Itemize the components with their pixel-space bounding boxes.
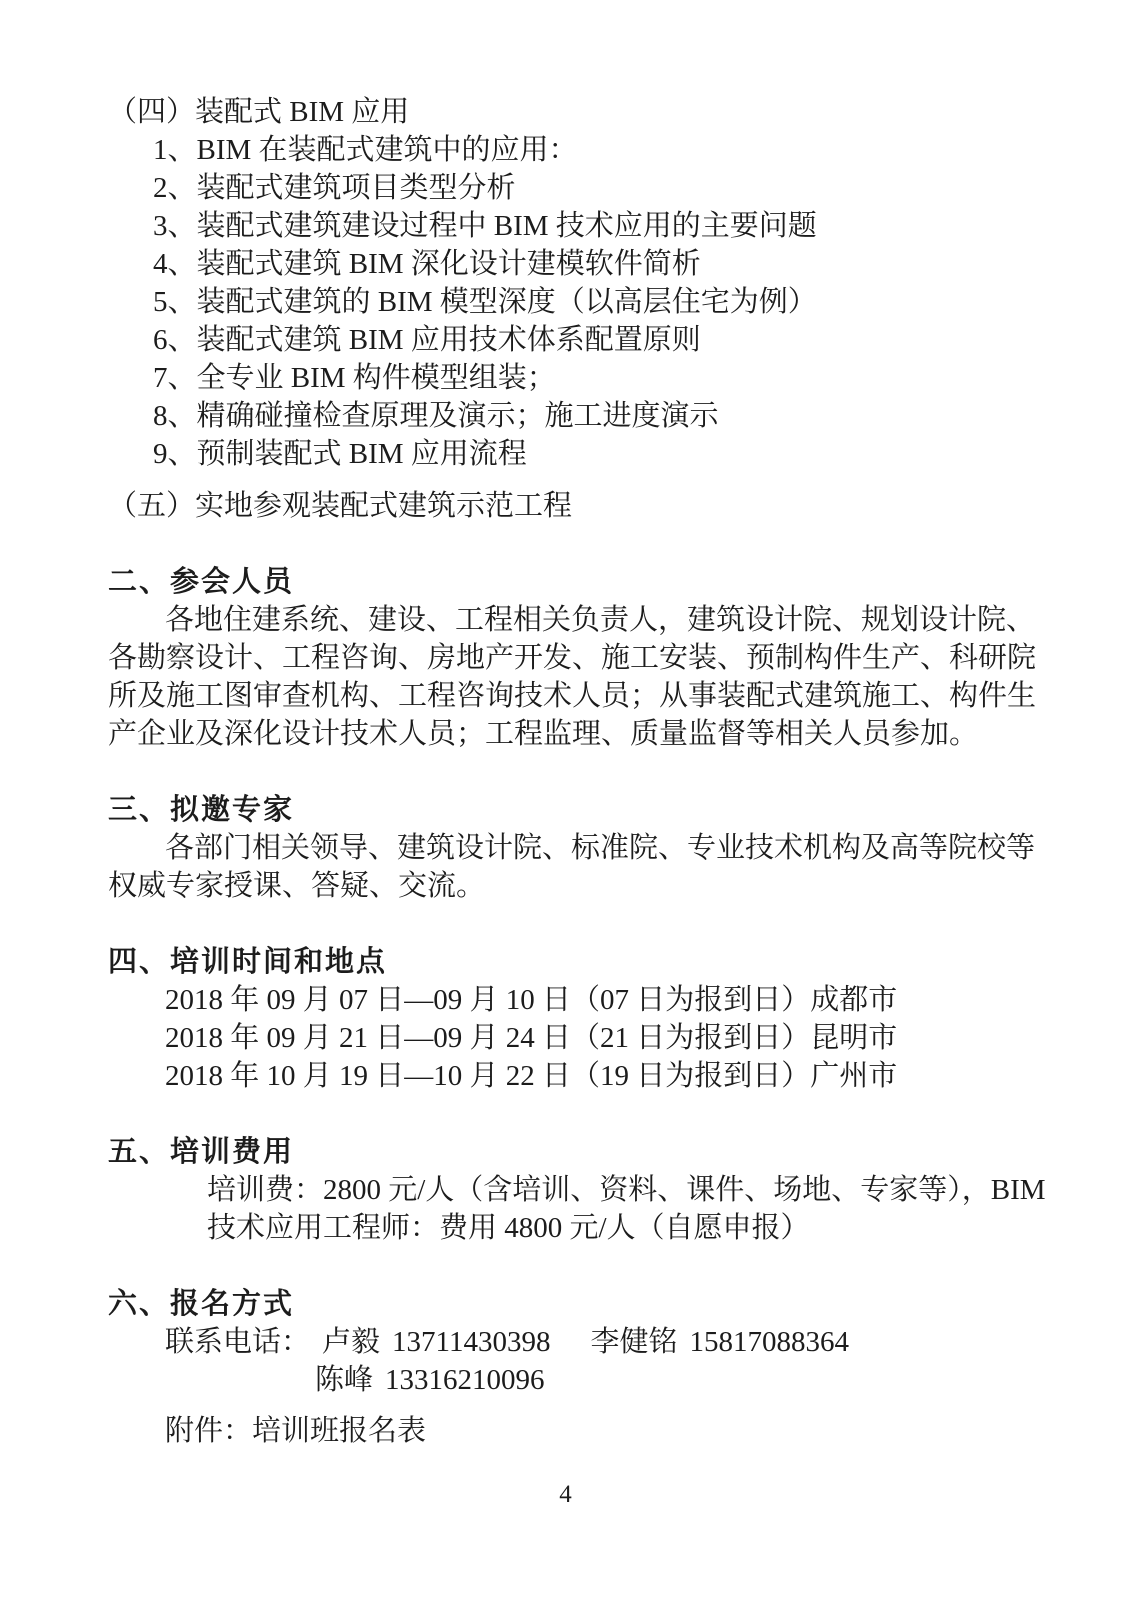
paragraph-line: 各部门相关领导、建筑设计院、标准院、专业技术机构及高等院校等 <box>108 829 1026 867</box>
contact-phone: 13316210096 <box>385 1364 545 1396</box>
paragraph-line: 所及施工图审查机构、工程咨询技术人员；从事装配式建筑施工、构件生 <box>108 677 1026 715</box>
list-item: 9、预制装配式 BIM 应用流程 <box>153 435 1026 473</box>
contact-name: 卢毅 <box>322 1326 380 1358</box>
fee-line: 培训费：2800 元/人（含培训、资料、课件、场地、专家等），BIM <box>207 1171 1026 1209</box>
schedule-date: 2018 年 09 月 07 日—09 月 10 日（07 日为报到日）成都市 <box>165 981 1026 1019</box>
paragraph-line: 权威专家授课、答疑、交流。 <box>108 867 1026 905</box>
list-item: 1、BIM 在装配式建筑中的应用： <box>153 131 1026 169</box>
contact-phone: 13711430398 <box>392 1326 550 1358</box>
section-registration-heading: 六、报名方式 <box>108 1285 1026 1323</box>
contact-row: 陈峰13316210096 <box>108 1361 1026 1399</box>
section-attendees-heading: 二、参会人员 <box>108 563 1026 601</box>
list-item: 2、装配式建筑项目类型分析 <box>153 169 1026 207</box>
contact-label: 联系电话： <box>165 1326 310 1358</box>
paragraph-line: 产企业及深化设计技术人员；工程监理、质量监督等相关人员参加。 <box>108 715 1026 753</box>
paragraph-line: 各地住建系统、建设、工程相关负责人，建筑设计院、规划设计院、 <box>108 601 1026 639</box>
section-part4-heading: （四）装配式 BIM 应用 <box>108 93 1026 131</box>
section-experts-heading: 三、拟邀专家 <box>108 791 1026 829</box>
list-item: 4、装配式建筑 BIM 深化设计建模软件简析 <box>153 245 1026 283</box>
schedule-date-list: 2018 年 09 月 07 日—09 月 10 日（07 日为报到日）成都市 … <box>108 981 1026 1095</box>
contact-name: 李健铭 <box>590 1326 677 1358</box>
section-fees-heading: 五、培训费用 <box>108 1133 1026 1171</box>
list-item: 7、全专业 BIM 构件模型组装； <box>153 359 1026 397</box>
experts-paragraph: 各部门相关领导、建筑设计院、标准院、专业技术机构及高等院校等 权威专家授课、答疑… <box>108 829 1026 905</box>
list-item: 3、装配式建筑建设过程中 BIM 技术应用的主要问题 <box>153 207 1026 245</box>
contact-phone: 15817088364 <box>689 1326 849 1358</box>
schedule-date: 2018 年 10 月 19 日—10 月 22 日（19 日为报到日）广州市 <box>165 1057 1026 1095</box>
document-page: （四）装配式 BIM 应用 1、BIM 在装配式建筑中的应用： 2、装配式建筑项… <box>0 0 1131 1600</box>
attendees-paragraph: 各地住建系统、建设、工程相关负责人，建筑设计院、规划设计院、 各勘察设计、工程咨… <box>108 601 1026 753</box>
fee-line: 技术应用工程师：费用 4800 元/人（自愿申报） <box>207 1209 1026 1247</box>
contact-name: 陈峰 <box>315 1364 373 1396</box>
contact-row: 联系电话：卢毅13711430398李健铭15817088364 <box>165 1323 1026 1361</box>
fees-paragraph: 培训费：2800 元/人（含培训、资料、课件、场地、专家等），BIM 技术应用工… <box>108 1171 1026 1247</box>
part4-item-list: 1、BIM 在装配式建筑中的应用： 2、装配式建筑项目类型分析 3、装配式建筑建… <box>108 131 1026 473</box>
list-item: 8、精确碰撞检查原理及演示；施工进度演示 <box>153 397 1026 435</box>
page-number: 4 <box>0 1480 1131 1510</box>
section-schedule-heading: 四、培训时间和地点 <box>108 943 1026 981</box>
paragraph-line: 各勘察设计、工程咨询、房地产开发、施工安装、预制构件生产、科研院 <box>108 639 1026 677</box>
list-item: 6、装配式建筑 BIM 应用技术体系配置原则 <box>153 321 1026 359</box>
list-item: 5、装配式建筑的 BIM 模型深度（以高层住宅为例） <box>153 283 1026 321</box>
attachment-note: 附件：培训班报名表 <box>165 1412 1026 1450</box>
section-part5-heading: （五）实地参观装配式建筑示范工程 <box>108 487 1026 525</box>
schedule-date: 2018 年 09 月 21 日—09 月 24 日（21 日为报到日）昆明市 <box>165 1019 1026 1057</box>
